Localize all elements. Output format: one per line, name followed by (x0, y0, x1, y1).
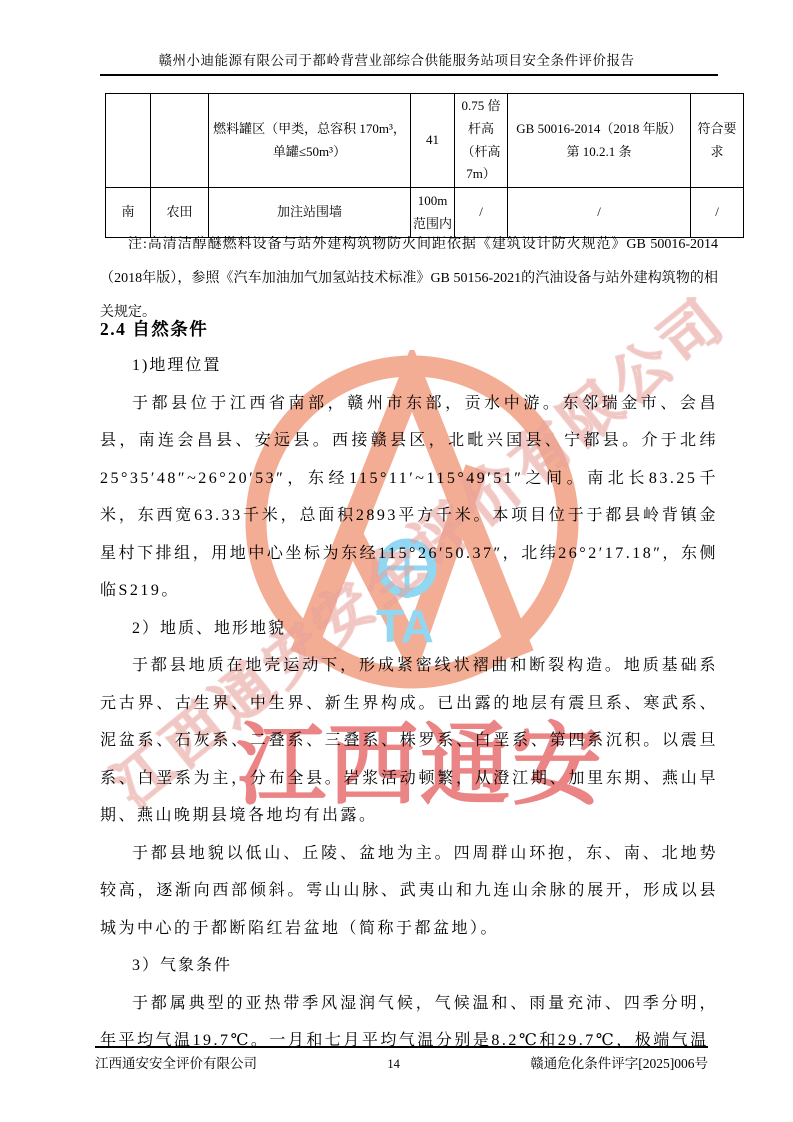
paragraph-geographic-location: 于都县位于江西省南部，赣州市东部，贡水中游。东邻瑞金市、会昌县，南连会昌县、安远… (100, 385, 718, 610)
paragraph-geology: 于都县地质在地壳运动下，形成紧密线状褶曲和断裂构造。地质基础系元古界、古生界、中… (100, 647, 718, 835)
cell-conclusion: 符合要求 (691, 94, 744, 188)
page-footer: 江西通安安全评价有限公司 14 赣通危化条件评字[2025]006号 (95, 1046, 708, 1072)
footer-doc-number: 赣通危化条件评字[2025]006号 (530, 1052, 708, 1072)
cell-standard: GB 50016-2014（2018 年版）第 10.2.1 条 (508, 94, 691, 188)
footer-company: 江西通安安全评价有限公司 (95, 1052, 257, 1072)
table-row: 燃料罐区（甲类，总容积 170m³，单罐≤50m³） 41 0.75 倍杆高（杆… (106, 94, 744, 188)
cell-facility: 燃料罐区（甲类，总容积 170m³，单罐≤50m³） (209, 94, 411, 188)
paragraph-landform: 于都县地貌以低山、丘陵、盆地为主。四周群山环抱，东、南、北地势较高，逐渐向西部倾… (100, 835, 718, 948)
page-header-title: 赣州小迪能源有限公司于都岭背营业部综合供能服务站项目安全条件评价报告 (0, 49, 793, 69)
section-heading: 2.4 自然条件 (100, 316, 208, 341)
subheading-geology-landform: 2）地质、地形地貌 (100, 610, 718, 648)
cell-actual-distance: 41 (411, 94, 455, 188)
footer-page-number: 14 (387, 1057, 400, 1072)
paragraph-climate: 于都属典型的亚热带季风湿润气候，气候温和、雨量充沛、四季分明，年平均气温19.7… (100, 985, 718, 1048)
body-text: 1)地理位置 于都县位于江西省南部，赣州市东部，贡水中游。东邻瑞金市、会昌县，南… (100, 347, 718, 1047)
header-rule (100, 74, 718, 76)
document-page: TA 江西通安安全评价有限公司 江西通安 赣州小迪能源有限公司于都岭背营业部综合… (0, 0, 793, 1122)
table-note: 注:高清洁醇醚燃料设备与站外建构筑物防火间距依据《建筑设计防火规范》GB 500… (100, 228, 718, 330)
subheading-meteorological-conditions: 3）气象条件 (100, 947, 718, 985)
cell-required-distance: 0.75 倍杆高（杆高 7m） (455, 94, 508, 188)
subheading-geographic-location: 1)地理位置 (100, 347, 718, 385)
cell-direction (106, 94, 151, 188)
cell-target (151, 94, 209, 188)
fire-distance-table: 燃料罐区（甲类，总容积 170m³，单罐≤50m³） 41 0.75 倍杆高（杆… (105, 93, 744, 238)
